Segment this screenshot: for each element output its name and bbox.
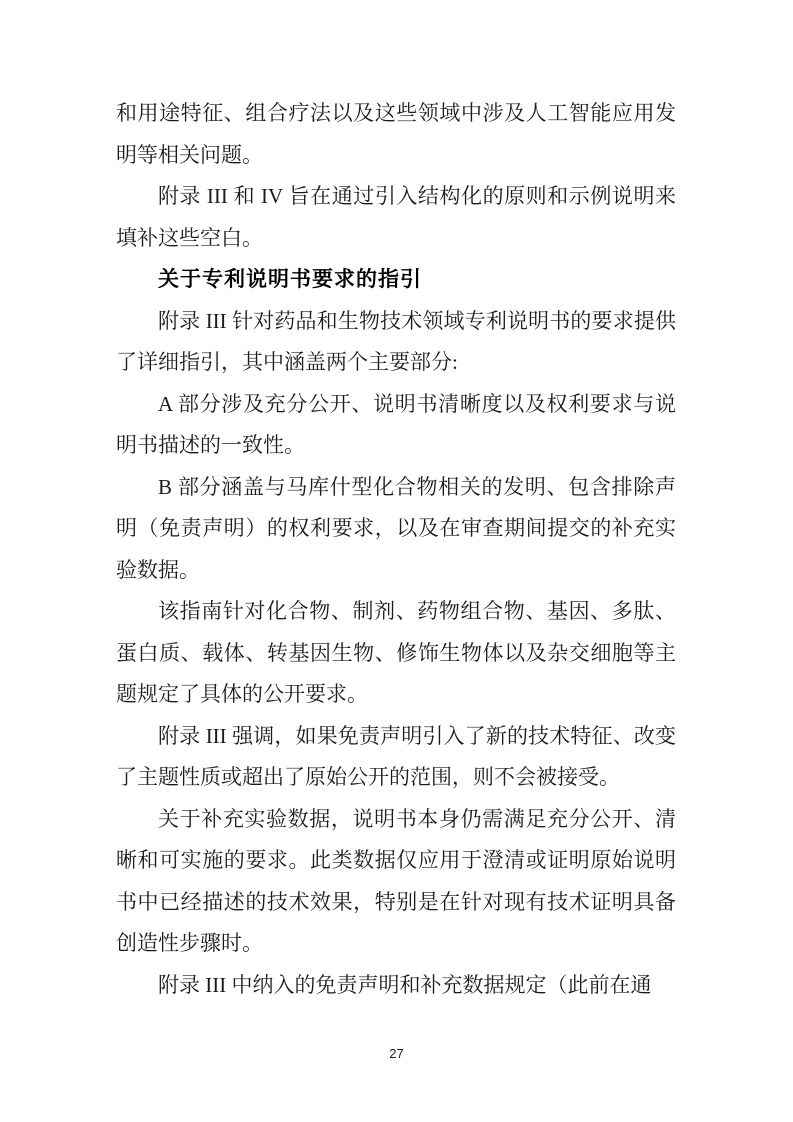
page-number: 27 (389, 1046, 403, 1061)
body-paragraph-final-incomplete: 附录 III 中纳入的免责声明和补充数据规定（此前在通 (116, 965, 676, 1007)
section-heading-specification-guidance: 关于专利说明书要求的指引 (116, 259, 676, 301)
body-paragraph-part-b: B 部分涵盖与马库什型化合物相关的发明、包含排除声明（免责声明）的权利要求，以及… (116, 467, 676, 592)
body-paragraph-disclosure-subjects: 该指南针对化合物、制剂、药物组合物、基因、多肽、蛋白质、载体、转基因生物、修饰生… (116, 591, 676, 716)
document-body: 和用途特征、组合疗法以及这些领域中涉及人工智能应用发明等相关问题。 附录 III… (116, 93, 676, 1006)
body-paragraph-appendix-purpose: 附录 III 和 IV 旨在通过引入结构化的原则和示例说明来填补这些空白。 (116, 176, 676, 259)
document-page: 和用途特征、组合疗法以及这些领域中涉及人工智能应用发明等相关问题。 附录 III… (0, 0, 793, 1122)
body-paragraph-appendix3-overview: 附录 III 针对药品和生物技术领域专利说明书的要求提供了详细指引，其中涵盖两个… (116, 301, 676, 384)
body-paragraph-supplementary-data: 关于补充实验数据，说明书本身仍需满足充分公开、清晰和可实施的要求。此类数据仅应用… (116, 799, 676, 965)
body-paragraph-disclaimer-rule: 附录 III 强调，如果免责声明引入了新的技术特征、改变了主题性质或超出了原始公… (116, 716, 676, 799)
body-paragraph-continuation: 和用途特征、组合疗法以及这些领域中涉及人工智能应用发明等相关问题。 (116, 93, 676, 176)
page-footer: 27 (0, 1046, 793, 1061)
body-paragraph-part-a: A 部分涉及充分公开、说明书清晰度以及权利要求与说明书描述的一致性。 (116, 384, 676, 467)
